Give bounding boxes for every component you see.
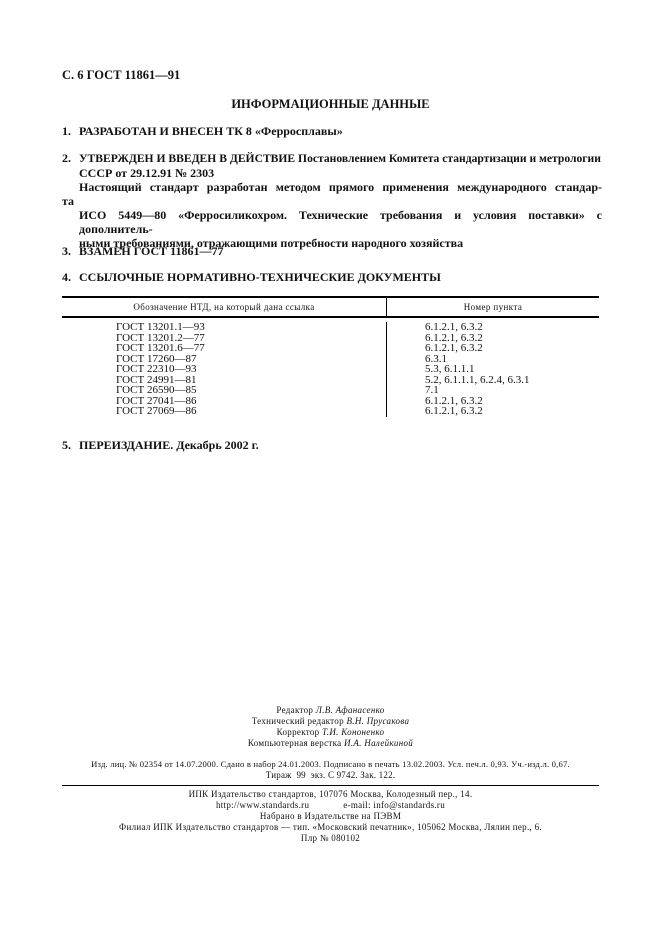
table-row: ГОСТ 13201.1—936.1.2.1, 6.3.2 <box>62 322 599 333</box>
section-line: Настоящий стандарт разработан методом пр… <box>62 180 602 194</box>
column-header: Обозначение НТД, на который дана ссылка <box>62 297 387 317</box>
section-number: 4. <box>62 270 79 284</box>
clause-numbers: 7.1 <box>387 385 600 396</box>
table-row: ГОСТ 13201.6—776.1.2.1, 6.3.2 <box>62 343 599 354</box>
section-line: ИСО 5449—80 «Ферросиликохром. Технически… <box>62 208 602 236</box>
section-number: 2. <box>62 151 79 165</box>
email-link[interactable]: e-mail: info@standards.ru <box>343 800 445 810</box>
page-title: ИНФОРМАЦИОННЫЕ ДАННЫЕ <box>0 97 661 112</box>
section-2: 2.УТВЕРЖДЕН И ВВЕДЕН В ДЕЙСТВИЕ Постанов… <box>62 151 602 250</box>
divider <box>62 785 599 786</box>
credit-proofreader: Корректор Т.И. Кононенко <box>0 727 661 738</box>
imprint-line: Тираж 99 экз. С 9742. Зак. 122. <box>62 770 599 781</box>
section-line: УТВЕРЖДЕН И ВВЕДЕН В ДЕЙСТВИЕ Постановле… <box>79 152 601 165</box>
publisher-typeset: Набрано в Издательстве на ПЭВМ <box>62 811 599 822</box>
website-link[interactable]: http://www.standards.ru <box>216 800 309 811</box>
table-row: ГОСТ 26590—857.1 <box>62 385 599 396</box>
clause-numbers: 6.3.1 <box>387 354 600 365</box>
table-header-row: Обозначение НТД, на который дана ссылка … <box>62 297 599 317</box>
section-text: ВЗАМЕН ГОСТ 11861—77 <box>79 244 224 258</box>
credits-block: Редактор Л.В. Афанасенко Технический ред… <box>0 705 661 749</box>
credit-layout: Компьютерная верстка И.А. Налейкиной <box>0 738 661 749</box>
imprint-block: Изд. лиц. № 02354 от 14.07.2000. Сдано в… <box>62 759 599 781</box>
clause-numbers: 6.1.2.1, 6.3.2 <box>387 322 600 333</box>
section-text: ПЕРЕИЗДАНИЕ. Декабрь 2002 г. <box>79 438 259 452</box>
credit-role: Редактор <box>276 705 313 715</box>
credit-tech-editor: Технический редактор В.Н. Прусакова <box>0 716 661 727</box>
publisher-license: Плр № 080102 <box>62 833 599 844</box>
clause-numbers: 6.1.2.1, 6.3.2 <box>387 333 600 344</box>
section-4: 4.ССЫЛОЧНЫЕ НОРМАТИВНО-ТЕХНИЧЕСКИЕ ДОКУМ… <box>62 270 441 284</box>
credit-name: В.Н. Прусакова <box>346 716 409 726</box>
reference-table: Обозначение НТД, на который дана ссылка … <box>62 296 599 417</box>
credit-role: Технический редактор <box>252 716 344 726</box>
credit-role: Компьютерная верстка <box>248 738 342 748</box>
clause-numbers: 5.3, 6.1.1.1 <box>387 364 600 375</box>
ntd-designation: ГОСТ 13201.1—93 <box>62 322 387 333</box>
section-line: та <box>62 194 602 208</box>
section-text: РАЗРАБОТАН И ВНЕСЕН ТК 8 «Ферросплавы» <box>79 124 343 138</box>
credit-name: Т.И. Кононенко <box>322 727 384 737</box>
ntd-designation: ГОСТ 26590—85 <box>62 385 387 396</box>
clause-numbers: 6.1.2.1, 6.3.2 <box>387 343 600 354</box>
clause-numbers: 6.1.2.1, 6.3.2 <box>387 396 600 407</box>
ntd-designation: ГОСТ 13201.2—77 <box>62 333 387 344</box>
publisher-branch: Филиал ИПК Издательство стандартов — тип… <box>62 822 599 833</box>
credit-role: Корректор <box>277 727 320 737</box>
imprint-line: Изд. лиц. № 02354 от 14.07.2000. Сдано в… <box>62 759 599 770</box>
publisher-block: ИПК Издательство стандартов, 107076 Моск… <box>62 789 599 844</box>
ntd-designation: ГОСТ 17260—87 <box>62 354 387 365</box>
publisher-contacts: http://www.standards.rue-mail: info@stan… <box>62 800 599 811</box>
section-text: ССЫЛОЧНЫЕ НОРМАТИВНО-ТЕХНИЧЕСКИЕ ДОКУМЕН… <box>79 270 441 284</box>
credit-name: И.А. Налейкиной <box>344 738 413 748</box>
section-5: 5.ПЕРЕИЗДАНИЕ. Декабрь 2002 г. <box>62 438 259 452</box>
ntd-designation: ГОСТ 24991—81 <box>62 375 387 386</box>
ntd-designation: ГОСТ 27069—86 <box>62 406 387 417</box>
section-number: 1. <box>62 124 79 138</box>
credit-editor: Редактор Л.В. Афанасенко <box>0 705 661 716</box>
clause-numbers: 6.1.2.1, 6.3.2 <box>387 406 600 417</box>
ntd-designation: ГОСТ 27041—86 <box>62 396 387 407</box>
table-row: ГОСТ 27069—866.1.2.1, 6.3.2 <box>62 406 599 417</box>
section-1: 1.РАЗРАБОТАН И ВНЕСЕН ТК 8 «Ферросплавы» <box>62 124 343 138</box>
page-header: С. 6 ГОСТ 11861—91 <box>62 68 180 83</box>
table-row: ГОСТ 22310—935.3, 6.1.1.1 <box>62 364 599 375</box>
ntd-designation: ГОСТ 22310—93 <box>62 364 387 375</box>
section-number: 3. <box>62 244 79 258</box>
section-number: 5. <box>62 438 79 452</box>
column-header: Номер пункта <box>387 297 600 317</box>
section-line: СССР от 29.12.91 № 2303 <box>62 166 602 180</box>
publisher-address: ИПК Издательство стандартов, 107076 Моск… <box>62 789 599 800</box>
clause-numbers: 5.2, 6.1.1.1, 6.2.4, 6.3.1 <box>387 375 600 386</box>
section-3: 3.ВЗАМЕН ГОСТ 11861—77 <box>62 244 224 258</box>
ntd-designation: ГОСТ 13201.6—77 <box>62 343 387 354</box>
credit-name: Л.В. Афанасенко <box>316 705 385 715</box>
